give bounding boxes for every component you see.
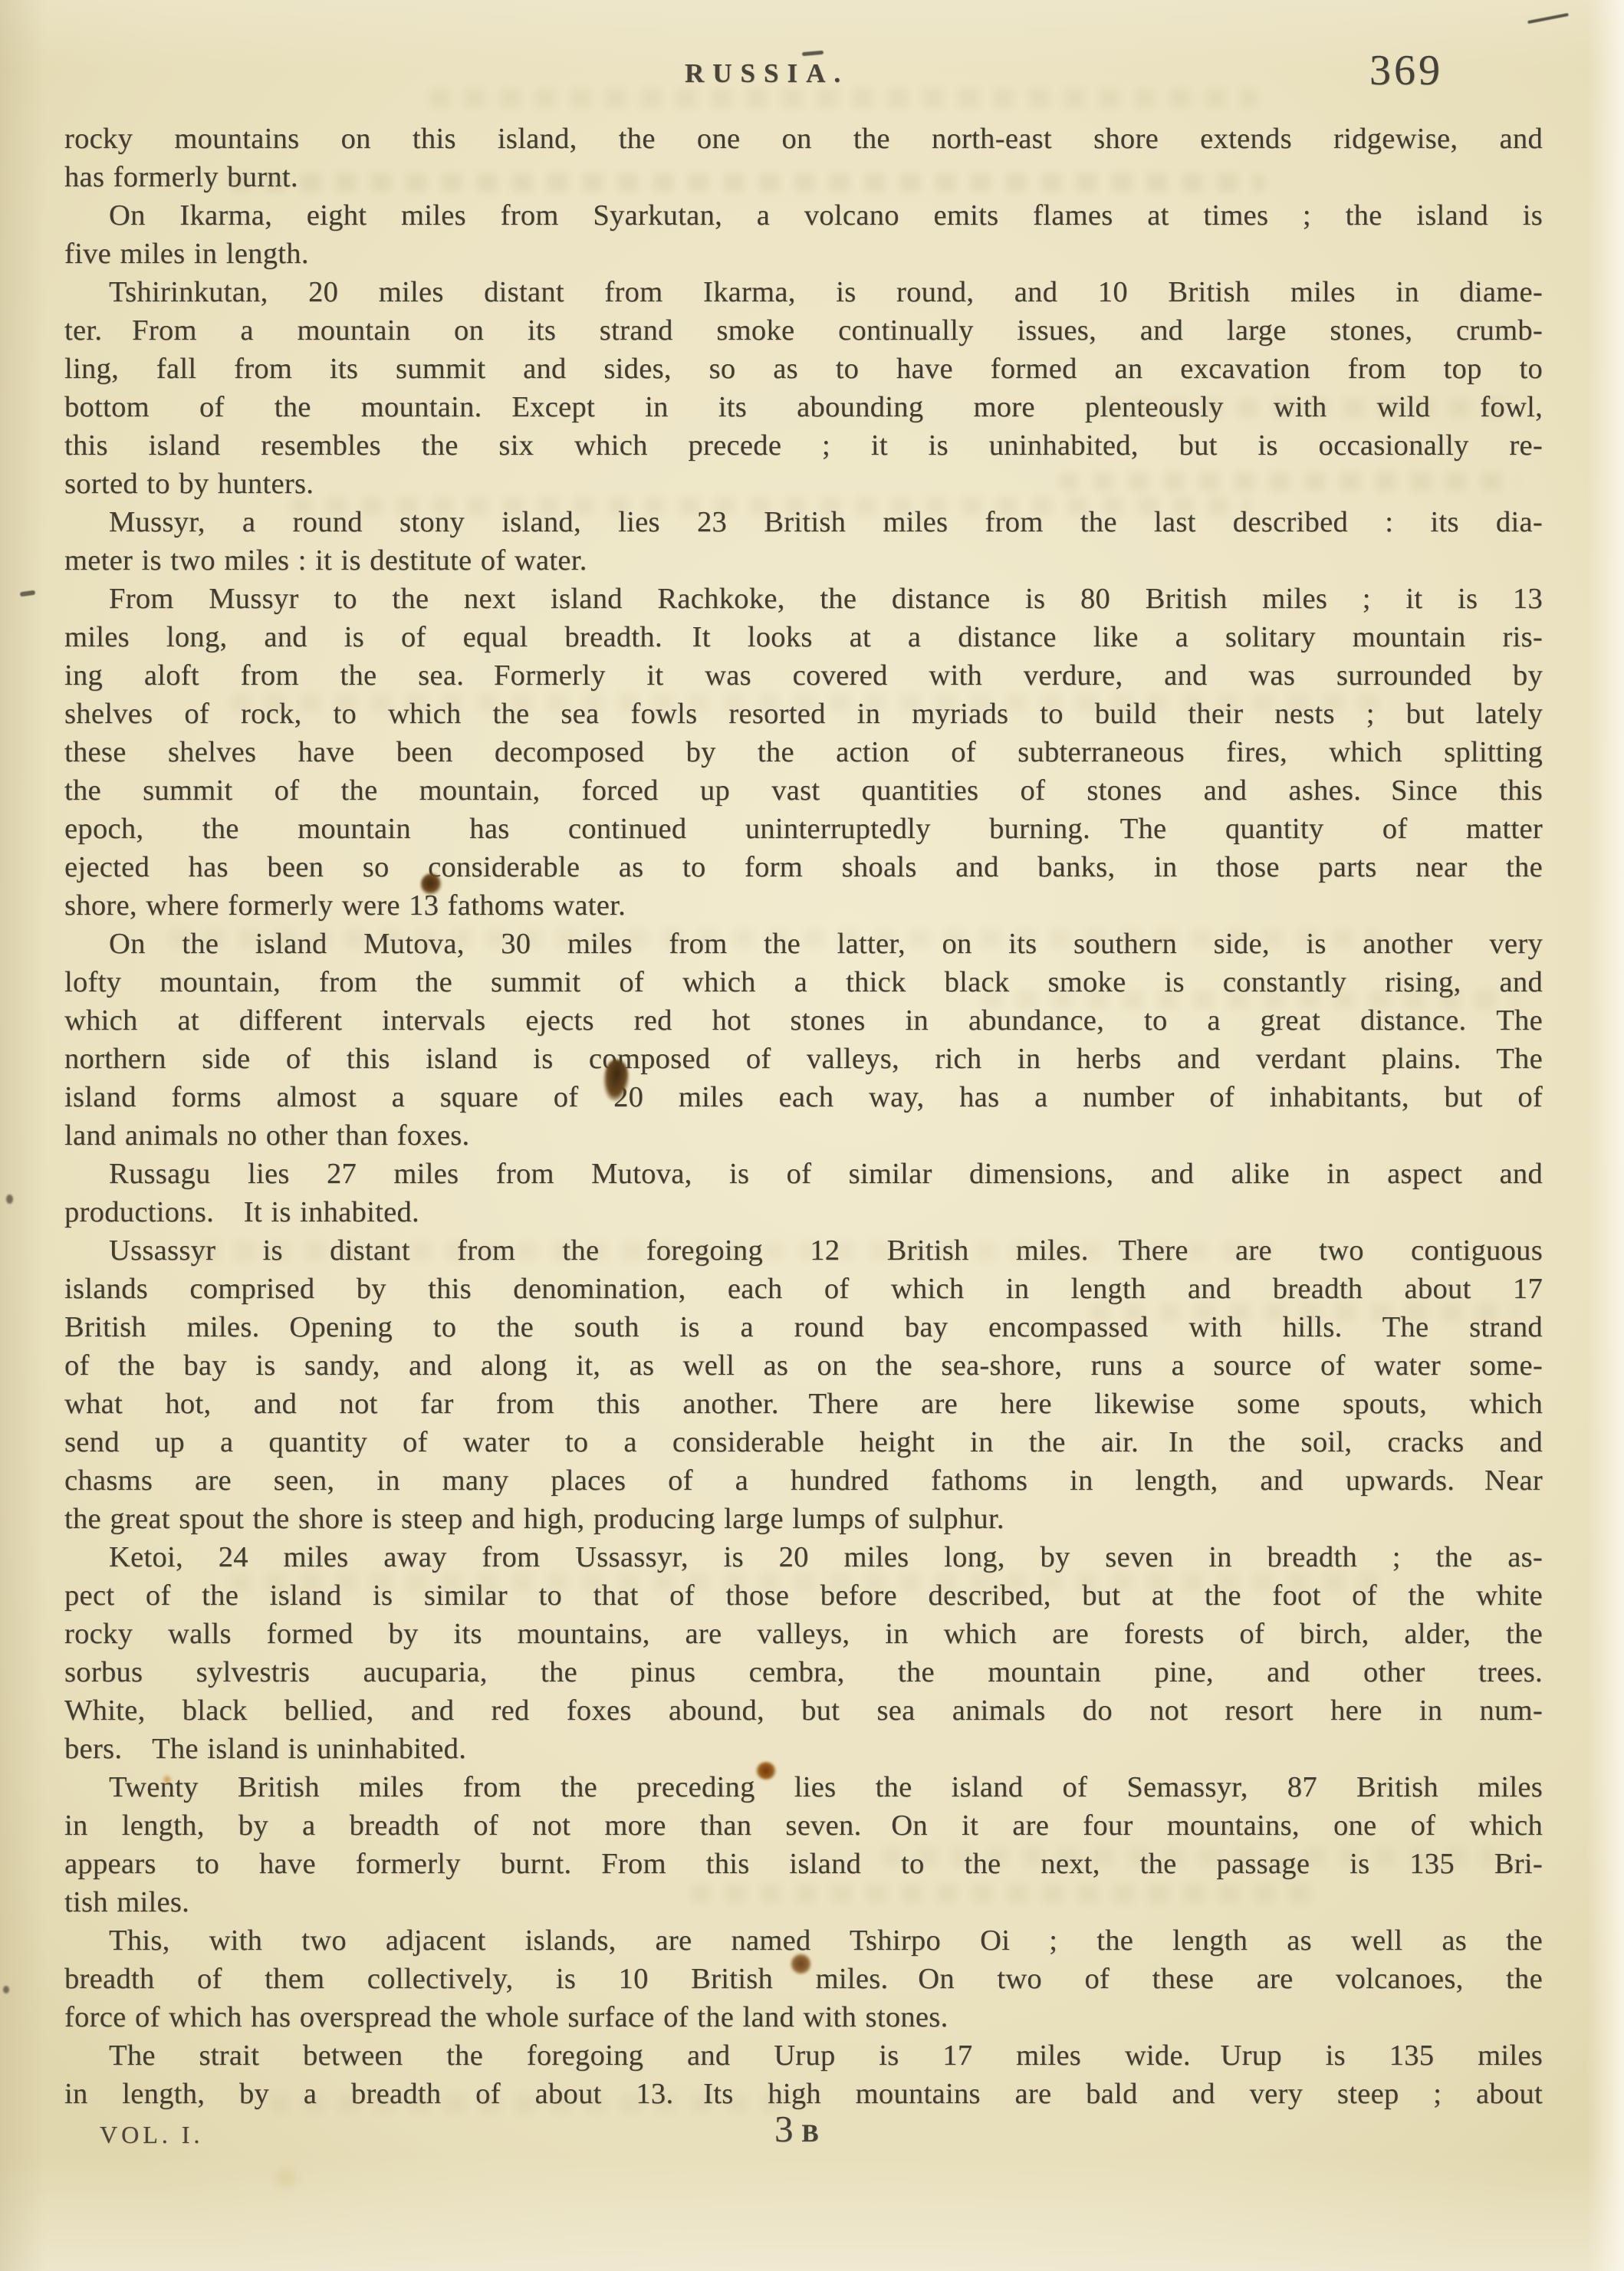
ink-stain	[756, 1762, 776, 1780]
footer-signature: 3 B	[774, 2107, 820, 2151]
text-line: force of which has overspread the whole …	[64, 1998, 1543, 2036]
text-line: which at different intervals ejects red …	[64, 1001, 1543, 1040]
ink-stain	[421, 873, 442, 896]
text-line: pect of the island is similar to that of…	[64, 1576, 1543, 1615]
text-block: rocky mountains on this island, the one …	[64, 120, 1543, 2113]
text-line: has formerly burnt.	[64, 158, 1543, 196]
text-line: The strait between the foregoing and Uru…	[64, 2036, 1543, 2075]
text-line: appears to have formerly burnt. From thi…	[64, 1845, 1543, 1883]
text-line: this island resembles the six which prec…	[64, 426, 1543, 465]
text-line: miles long, and is of equal breadth. It …	[64, 618, 1543, 656]
text-line: tish miles.	[64, 1883, 1543, 1921]
text-line: northern side of this island is composed…	[64, 1040, 1543, 1078]
page-number: 369	[1369, 46, 1443, 95]
text-line: ter. From a mountain on its strand smoke…	[64, 311, 1543, 350]
text-line: British miles. Opening to the south is a…	[64, 1308, 1543, 1346]
margin-mark	[3, 1986, 9, 1993]
running-title: RUSSIA.	[685, 58, 849, 89]
signature-number: 3	[774, 2107, 794, 2151]
text-line: From Mussyr to the next island Rachkoke,…	[64, 580, 1543, 618]
text-line: chasms are seen, in many places of a hun…	[64, 1461, 1543, 1500]
text-line: White, black bellied, and red foxes abou…	[64, 1691, 1543, 1730]
text-line: On the island Mutova, 30 miles from the …	[64, 925, 1543, 963]
text-line: lofty mountain, from the summit of which…	[64, 963, 1543, 1001]
text-line: land animals no other than foxes.	[64, 1116, 1543, 1155]
margin-mark	[20, 590, 36, 597]
pen-stroke-mark	[1527, 13, 1569, 24]
text-line: Mussyr, a round stony island, lies 23 Br…	[64, 503, 1543, 541]
text-line: ling, fall from its summit and sides, so…	[64, 350, 1543, 388]
text-line: sorbus sylvestris aucuparia, the pinus c…	[64, 1653, 1543, 1691]
text-line: five miles in length.	[64, 235, 1543, 273]
text-line: the great spout the shore is steep and h…	[64, 1500, 1543, 1538]
text-line: Ketoi, 24 miles away from Ussassyr, is 2…	[64, 1538, 1543, 1576]
text-line: meter is two miles : it is destitute of …	[64, 541, 1543, 580]
text-line: island forms almost a square of 20 miles…	[64, 1078, 1543, 1116]
margin-mark	[6, 1195, 13, 1204]
text-line: what hot, and not far from this another.…	[64, 1385, 1543, 1423]
text-line: ejected has been so considerable as to f…	[64, 848, 1543, 886]
text-line: Twenty British miles from the preceding …	[64, 1768, 1543, 1806]
signature-letter: B	[802, 2120, 820, 2148]
showthrough-smudge	[429, 89, 1257, 107]
text-line: Ussassyr is distant from the foregoing 1…	[64, 1231, 1543, 1270]
text-line: of the bay is sandy, and along it, as we…	[64, 1346, 1543, 1385]
text-line: ing aloft from the sea. Formerly it was …	[64, 656, 1543, 695]
text-line: productions. It is inhabited.	[64, 1193, 1543, 1231]
ink-stain	[791, 1954, 811, 1974]
text-line: rocky mountains on this island, the one …	[64, 120, 1543, 158]
text-line: bers. The island is uninhabited.	[64, 1730, 1543, 1768]
ink-smear-mark	[802, 51, 824, 56]
text-line: sorted to by hunters.	[64, 465, 1543, 503]
foxing-spot	[162, 1774, 173, 1785]
text-line: these shelves have been decomposed by th…	[64, 733, 1543, 771]
text-line: Tshirinkutan, 20 miles distant from Ikar…	[64, 273, 1543, 311]
text-line: bottom of the mountain. Except in its ab…	[64, 388, 1543, 426]
text-line: On Ikarma, eight miles from Syarkutan, a…	[64, 196, 1543, 235]
text-line: epoch, the mountain has continued uninte…	[64, 810, 1543, 848]
text-line: shelves of rock, to which the sea fowls …	[64, 695, 1543, 733]
text-line: shore, where formerly were 13 fathoms wa…	[64, 886, 1543, 925]
text-line: the summit of the mountain, forced up va…	[64, 771, 1543, 810]
text-line: Russagu lies 27 miles from Mutova, is of…	[64, 1155, 1543, 1193]
text-line: rocky walls formed by its mountains, are…	[64, 1615, 1543, 1653]
footer-volume-label: VOL. I.	[100, 2121, 203, 2149]
foxing-spot	[268, 2165, 304, 2190]
text-line: in length, by a breadth of not more than…	[64, 1806, 1543, 1845]
text-line: send up a quantity of water to a conside…	[64, 1423, 1543, 1461]
text-line: islands comprised by this denomination, …	[64, 1270, 1543, 1308]
page-background: RUSSIA. 369 rocky mountains on this isla…	[0, 0, 1624, 2271]
